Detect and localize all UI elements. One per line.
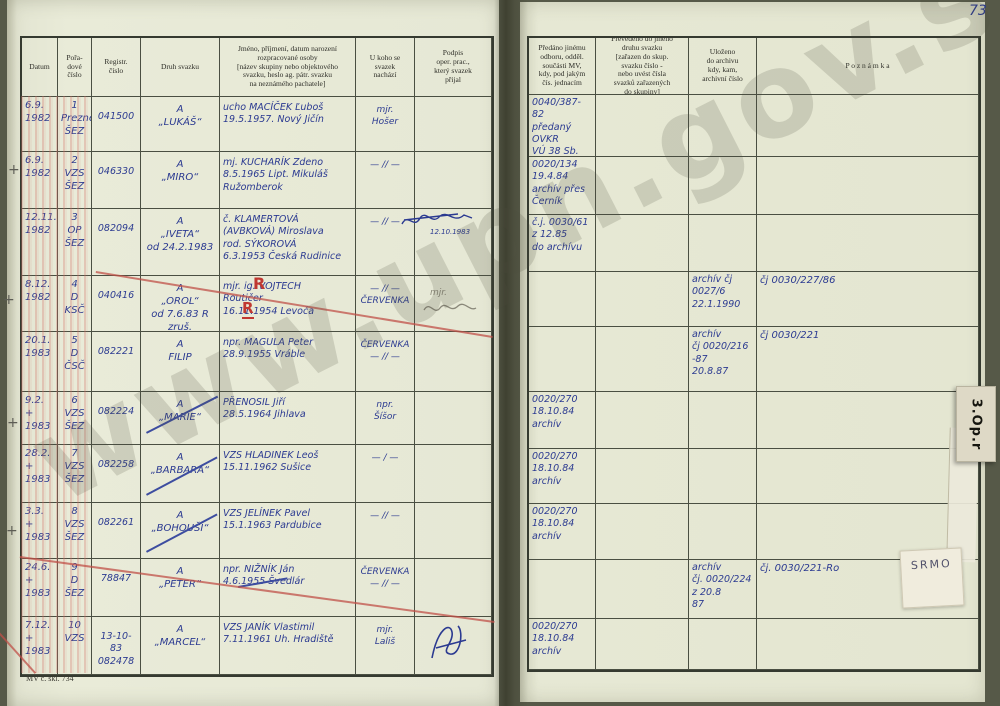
- left-row-1-registr: 041500: [92, 97, 141, 152]
- left-row-2-poradove: 2 VZS ŠEZ: [58, 152, 92, 209]
- left-row-10-druh: A „MARCEL“: [141, 617, 220, 675]
- right-row-3-poznamka: [757, 215, 979, 272]
- left-row-2-podpis: [415, 152, 492, 209]
- left-row-2-registr: 046330: [92, 152, 141, 209]
- left-row-2-jmeno: mj. KUCHARÍK Zdeno 8.5.1965 Lipt. Mikulá…: [220, 152, 356, 209]
- left-row-1-podpis: [415, 97, 492, 152]
- left-table: Datum Pořa- dové číslo Registr. číslo Dr…: [20, 36, 494, 677]
- right-row-9-prevedeno: [596, 560, 689, 619]
- col-header-podpis: Podpis oper. prac., který svazek přijal: [415, 38, 492, 97]
- left-row-8-ukoho: — // —: [356, 503, 415, 559]
- left-row-6-jmeno: PŘENOSIL Jiří 28.5.1964 Jihlava: [220, 392, 356, 445]
- left-row-9-podpis: [415, 559, 492, 617]
- paper-slip-label: SRMO: [911, 557, 952, 572]
- left-row-2-ukoho: — // —: [356, 152, 415, 209]
- binding-gutter: [494, 0, 528, 706]
- right-row-4-prevedeno: [596, 272, 689, 327]
- col-header-jmeno: Jméno, příjmení, datum narození rozpraco…: [220, 38, 356, 97]
- left-row-2-druh: A „MIRO“: [141, 152, 220, 209]
- page-number: 73: [969, 3, 987, 19]
- left-row-7-ukoho: — / —: [356, 445, 415, 503]
- col-header-predano: Předáno jinému odboru, odděl. součásti M…: [529, 38, 596, 95]
- left-row-1-druh: A „LUKÁŠ“: [141, 97, 220, 152]
- left-row-6-poradove: 6 VZS ŠEZ: [58, 392, 92, 445]
- right-row-2-prevedeno: [596, 157, 689, 215]
- col-header-poradove: Pořa- dové číslo: [58, 38, 92, 97]
- left-row-5-druh: A FILIP: [141, 332, 220, 392]
- left-row-1-jmeno: ucho MACÍČEK Ľuboš 19.5.1957. Nový Jičín: [220, 97, 356, 152]
- right-row-4-poznamka: čj 0030/227/86: [757, 272, 979, 327]
- right-row-6-prevedeno: [596, 392, 689, 449]
- left-row-4-datum: 8.12. 1982: [22, 276, 58, 332]
- form-number-footer: MV č. skl. 734: [26, 674, 74, 683]
- left-row-8-podpis: [415, 503, 492, 559]
- left-row-5-podpis: [415, 332, 492, 392]
- signature-date-row3: 12.10.1983: [430, 228, 470, 236]
- left-row-7-poradove: 7 VZS ŠEZ: [58, 445, 92, 503]
- left-row-2-datum: 6.9. 1982: [22, 152, 58, 209]
- left-row-5-datum: 20.1. 1983: [22, 332, 58, 392]
- right-row-7-prevedeno: [596, 449, 689, 504]
- left-row-5-ukoho: ČERVENKA — // —: [356, 332, 415, 392]
- left-row-6-registr: 082224: [92, 392, 141, 445]
- left-row-10-ukoho: mjr. Lališ: [356, 617, 415, 675]
- right-row-3-predano: č.j. 0030/61 z 12.85 do archívu: [529, 215, 596, 272]
- col-header-datum: Datum: [22, 38, 58, 97]
- right-row-10-prevedeno: [596, 619, 689, 670]
- left-row-1-poradove: 1 Prezně ŠEZ: [58, 97, 92, 152]
- right-row-2-ulozeno: [689, 157, 757, 215]
- paper-slip: SRMO: [900, 547, 965, 608]
- left-row-8-registr: 082261: [92, 503, 141, 559]
- left-row-3-registr: 082094: [92, 209, 141, 276]
- margin-plus-mark: +: [6, 523, 18, 539]
- right-row-9-predano: [529, 560, 596, 619]
- right-row-5-poznamka: čj 0030/221: [757, 327, 979, 392]
- col-header-ukoho: U koho se svazek nachází: [356, 38, 415, 97]
- right-row-3-prevedeno: [596, 215, 689, 272]
- col-header-poznamka: P o z n á m k a: [757, 38, 979, 95]
- right-row-2-predano: 0020/134 19.4.84 archív přes Černík: [529, 157, 596, 215]
- left-row-9-datum: 24.6. + 1983: [22, 559, 58, 617]
- left-row-3-druh: A „IVETA“ od 24.2.1983: [141, 209, 220, 276]
- left-row-10-poradove: 10 VZS: [58, 617, 92, 675]
- margin-plus-mark: +: [8, 162, 20, 178]
- right-row-8-predano: 0020/270 18.10.84 archív: [529, 504, 596, 560]
- left-row-9-poradove: 9 D ŠEZ: [58, 559, 92, 617]
- left-row-4-poradove: 4 D KSČ: [58, 276, 92, 332]
- left-row-8-poradove: 8 VZS ŠEZ: [58, 503, 92, 559]
- r-stamp-underlined-icon: R: [242, 299, 254, 319]
- right-row-7-ulozeno: [689, 449, 757, 504]
- left-row-4-registr: 040416: [92, 276, 141, 332]
- right-row-10-ulozeno: [689, 619, 757, 670]
- left-row-1-datum: 6.9. 1982: [22, 97, 58, 152]
- right-row-4-ulozeno: archív čj 0027/6 22.1.1990: [689, 272, 757, 327]
- right-row-1-prevedeno: [596, 95, 689, 157]
- left-row-5-jmeno: npr. MAGULA Peter 28.9.1955 Vráble: [220, 332, 356, 392]
- margin-plus-mark: +: [3, 292, 15, 308]
- edge-tab-label: 3.Op.r: [969, 398, 984, 450]
- left-row-6-podpis: [415, 392, 492, 445]
- left-row-3-jmeno: č. KLAMERTOVÁ (AVBKOVÁ) Miroslava rod. S…: [220, 209, 356, 276]
- left-row-8-druh: A „BOHOUŠI“: [141, 503, 220, 559]
- left-row-10-jmeno: VZS JANÍK Vlastimil 7.11.1961 Uh. Hradiš…: [220, 617, 356, 675]
- edge-tab: 3.Op.r: [956, 386, 996, 462]
- right-row-6-ulozeno: [689, 392, 757, 449]
- left-row-5-poradove: 5 D ČSČ: [58, 332, 92, 392]
- col-header-druh: Druh svazku: [141, 38, 220, 97]
- left-row-7-datum: 28.2. + 1983: [22, 445, 58, 503]
- left-row-7-podpis: [415, 445, 492, 503]
- left-row-5-registr: 082221: [92, 332, 141, 392]
- right-row-2-poznamka: [757, 157, 979, 215]
- left-row-8-jmeno: VZS JELÍNEK Pavel 15.1.1963 Pardubice: [220, 503, 356, 559]
- left-row-8-datum: 3.3. + 1983: [22, 503, 58, 559]
- left-row-6-datum: 9.2. + 1983: [22, 392, 58, 445]
- right-row-1-poznamka: [757, 95, 979, 157]
- right-row-5-prevedeno: [596, 327, 689, 392]
- r-stamp-icon: R: [253, 274, 265, 293]
- right-row-7-poznamka: [757, 449, 979, 504]
- right-row-1-ulozeno: [689, 95, 757, 157]
- right-row-5-ulozeno: archív čj 0020/216 -87 20.8.87: [689, 327, 757, 392]
- right-row-1-predano: 0040/387-82 předaný OVKR VÚ 38 Sb. Kčný …: [529, 95, 596, 157]
- right-row-10-predano: 0020/270 18.10.84 archív: [529, 619, 596, 670]
- signature-scribble-row4: [420, 296, 480, 320]
- left-row-7-druh: A „BARBARA“: [141, 445, 220, 503]
- right-row-8-prevedeno: [596, 504, 689, 560]
- col-header-prevedeno: Převedeno do jiného druhu svazku [zařaze…: [596, 38, 689, 95]
- right-row-9-ulozeno: archív čj. 0020/224 z 20.8 87: [689, 560, 757, 619]
- scanned-registry-spread: Datum Pořa- dové číslo Registr. číslo Dr…: [0, 0, 1000, 706]
- right-row-6-predano: 0020/270 18.10.84 archív: [529, 392, 596, 449]
- right-row-5-predano: [529, 327, 596, 392]
- right-row-8-ulozeno: [689, 504, 757, 560]
- left-row-3-poradove: 3 OP ŠEZ: [58, 209, 92, 276]
- left-row-9-druh: A „PETER“: [141, 559, 220, 617]
- right-row-7-predano: 0020/270 18.10.84 archív: [529, 449, 596, 504]
- left-row-6-ukoho: npr. Šíšor: [356, 392, 415, 445]
- left-row-7-registr: 082258: [92, 445, 141, 503]
- right-row-6-poznamka: [757, 392, 979, 449]
- right-row-4-predano: [529, 272, 596, 327]
- signature-scribble-row10: [424, 618, 474, 666]
- right-row-3-ulozeno: [689, 215, 757, 272]
- left-row-1-ukoho: mjr. Hošer: [356, 97, 415, 152]
- left-row-7-jmeno: VZS HLADINEK Leoš 15.11.1962 Sušice: [220, 445, 356, 503]
- col-header-ulozeno: Uloženo do archivu kdy, kam, archivní čí…: [689, 38, 757, 95]
- right-row-10-poznamka: [757, 619, 979, 670]
- left-row-10-registr: 13-10-83 082478: [92, 617, 141, 675]
- col-header-registr: Registr. číslo: [92, 38, 141, 97]
- left-row-3-datum: 12.11. 1982: [22, 209, 58, 276]
- margin-plus-mark: +: [7, 415, 19, 431]
